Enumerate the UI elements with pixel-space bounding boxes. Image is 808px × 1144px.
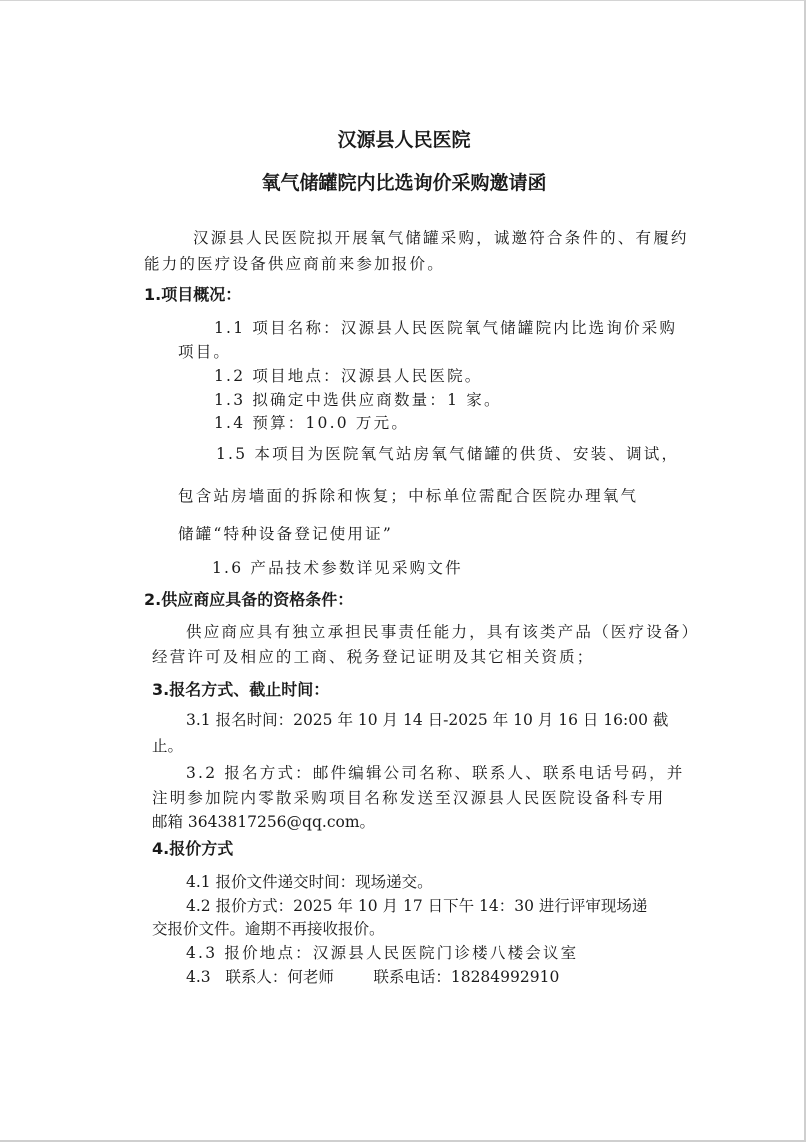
section-4-line: 4.1 报价文件递交时间：现场递交。 [186, 872, 433, 892]
section-3-line: 注明参加院内零散采购项目名称发送至汉源县人民医院设备科专用 [152, 788, 665, 808]
section-1-line: 项目。 [178, 342, 231, 362]
section-3-email-line: 邮箱 3643817256@qq.com。 [152, 812, 375, 832]
section-4-heading: 4.报价方式 [152, 839, 233, 859]
section-1-line: 包含站房墙面的拆除和恢复；中标单位需配合医院办理氧气 [178, 486, 638, 506]
section-1-line: 1.4 预算：10.0 万元。 [214, 413, 409, 433]
section-1-line: 1.1 项目名称：汉源县人民医院氧气储罐院内比选询价采购 [214, 318, 677, 338]
section-1-line: 储罐“特种设备登记使用证” [178, 524, 393, 544]
contact-line: 4.3 联系人：何老师 联系电话：18284992910 [186, 967, 559, 987]
intro-line-2: 能力的医疗设备供应商前来参加报价。 [144, 254, 445, 274]
section-4-line: 4.2 报价方式：2025 年 10 月 17 日下午 14：30 进行评审现场… [186, 896, 647, 916]
section-1-line: 1.2 项目地点：汉源县人民医院。 [214, 366, 482, 386]
section-3-line: 3.2 报名方式：邮件编辑公司名称、联系人、联系电话号码，并 [186, 763, 685, 783]
section-1-heading: 1.项目概况： [144, 285, 241, 305]
section-2-line: 经营许可及相应的工商、税务登记证明及其它相关资质； [152, 647, 595, 667]
section-1-line: 1.6 产品技术参数详见采购文件 [212, 558, 463, 578]
document-title: 氧气储罐院内比选询价采购邀请函 [0, 173, 808, 193]
document-header: 汉源县人民医院 [0, 130, 808, 150]
document-page: 汉源县人民医院 氧气储罐院内比选询价采购邀请函 汉源县人民医院拟开展氧气储罐采购… [0, 0, 806, 1142]
section-1-line: 1.5 本项目为医院氧气站房氧气储罐的供货、安装、调试， [216, 444, 679, 464]
section-1-line: 1.3 拟确定中选供应商数量：1 家。 [214, 390, 502, 410]
section-2-heading: 2.供应商应具备的资格条件： [144, 590, 353, 610]
intro-line-1: 汉源县人民医院拟开展氧气储罐采购，诚邀符合条件的、有履约 [193, 228, 689, 248]
section-4-line: 4.3 报价地点：汉源县人民医院门诊楼八楼会议室 [186, 943, 578, 963]
section-3-line: 止。 [152, 736, 183, 756]
section-2-line: 供应商应具有独立承担民事责任能力，具有该类产品（医疗设备） [186, 622, 699, 642]
section-4-line: 交报价文件。逾期不再接收报价。 [152, 919, 385, 939]
section-3-heading: 3.报名方式、截止时间： [152, 680, 329, 700]
section-3-line: 3.1 报名时间：2025 年 10 月 14 日-2025 年 10 月 16… [186, 710, 668, 730]
